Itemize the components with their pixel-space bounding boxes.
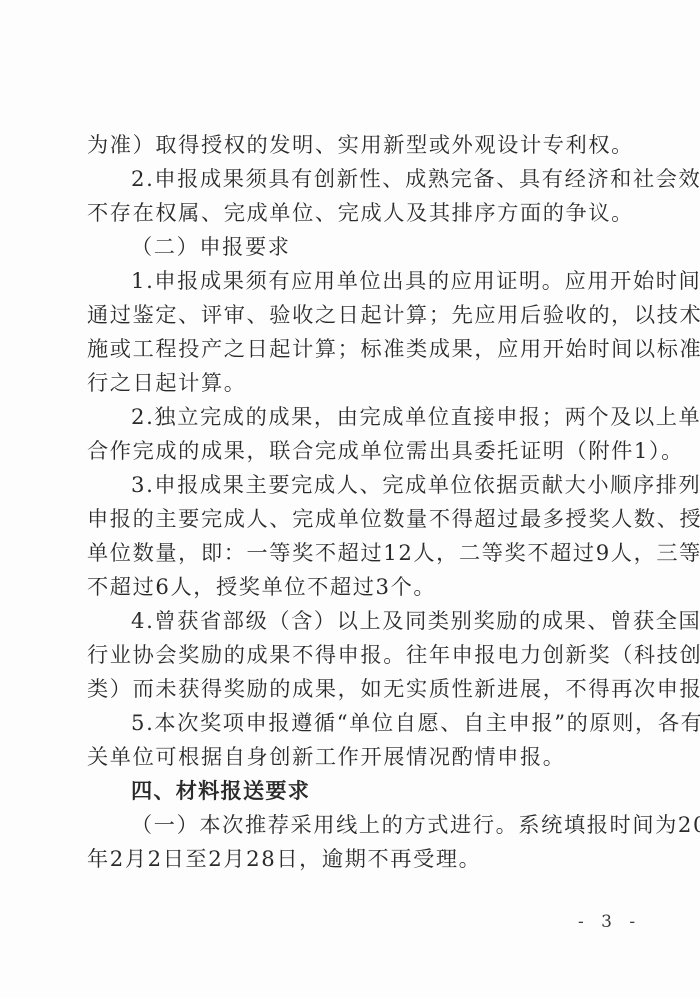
text-line-10: 合作完成的成果，联合完成单位需出具委托证明（附件1）。 xyxy=(87,438,617,464)
text-line-7: 施或工程投产之日起计算；标准类成果，应用开始时间以标准施 xyxy=(87,336,617,362)
section-heading-material-submission: 四、材料报送要求 xyxy=(131,778,617,804)
text-line-3: 不存在权属、完成单位、完成人及其排序方面的争议。 xyxy=(87,200,617,226)
text-line-8: 行之日起计算。 xyxy=(87,370,617,396)
text-line-9: 2.独立完成的成果，由完成单位直接申报；两个及以上单位 xyxy=(131,404,617,430)
text-line-19: 关单位可根据自身创新工作开展情况酌情申报。 xyxy=(87,744,617,770)
text-line-2: 2.申报成果须具有创新性、成熟完备、具有经济和社会效益， xyxy=(131,166,617,192)
text-line-1: 为准）取得授权的发明、实用新型或外观设计专利权。 xyxy=(87,132,617,158)
document-page: 为准）取得授权的发明、实用新型或外观设计专利权。 2.申报成果须具有创新性、成熟… xyxy=(0,0,700,998)
text-line-5: 1.申报成果须有应用单位出具的应用证明。应用开始时间以 xyxy=(131,268,617,294)
text-line-6: 通过鉴定、评审、验收之日起计算；先应用后验收的，以技术实 xyxy=(87,302,617,328)
text-line-14: 不超过6人，授奖单位不超过3个。 xyxy=(87,574,617,600)
text-line-12: 申报的主要完成人、完成单位数量不得超过最多授奖人数、授奖 xyxy=(87,506,617,532)
text-line-21: （一）本次推荐采用线上的方式进行。系统填报时间为2026 xyxy=(131,812,617,838)
text-line-22: 年2月2日至2月28日，逾期不再受理。 xyxy=(87,846,617,872)
text-line-11: 3.申报成果主要完成人、完成单位依据贡献大小顺序排列。 xyxy=(131,472,617,498)
text-line-16: 行业协会奖励的成果不得申报。往年申报电力创新奖（科技创新 xyxy=(87,642,617,668)
section-heading-application-requirements: （二）申报要求 xyxy=(131,234,661,260)
text-line-18: 5.本次奖项申报遵循“单位自愿、自主申报”的原则，各有 xyxy=(131,710,617,736)
text-line-17: 类）而未获得奖励的成果，如无实质性新进展，不得再次申报。 xyxy=(87,676,617,702)
page-number: - 3 - xyxy=(578,912,641,932)
text-line-15: 4.曾获省部级（含）以上及同类别奖励的成果、曾获全国性 xyxy=(131,608,617,634)
text-line-13: 单位数量，即：一等奖不超过12人，二等奖不超过9人，三等奖 xyxy=(87,540,617,566)
